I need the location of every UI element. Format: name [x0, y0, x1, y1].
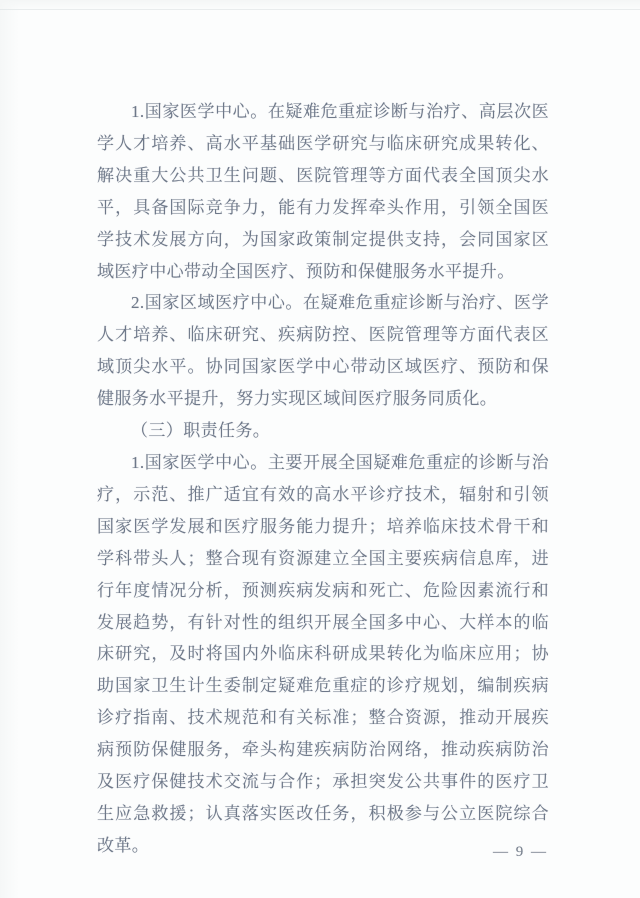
paragraph-section-heading-duties: （三）职责任务。 [97, 415, 549, 447]
paragraph-regional-medical-center-definition: 2.国家区域医疗中心。在疑难危重症诊断与治疗、医学人才培养、临床研究、疾病防控、… [97, 287, 549, 415]
document-body: 1.国家医学中心。在疑难危重症诊断与治疗、高层次医学人才培养、高水平基础医学研究… [97, 96, 549, 862]
paragraph-national-medical-center-duties: 1.国家医学中心。主要开展全国疑难危重症的诊断与治疗，示范、推广适宜有效的高水平… [97, 447, 549, 862]
page-number: — 9 — [493, 844, 548, 861]
paragraph-national-medical-center-definition: 1.国家医学中心。在疑难危重症诊断与治疗、高层次医学人才培养、高水平基础医学研究… [97, 96, 549, 287]
document-page: 1.国家医学中心。在疑难危重症诊断与治疗、高层次医学人才培养、高水平基础医学研究… [0, 0, 640, 898]
